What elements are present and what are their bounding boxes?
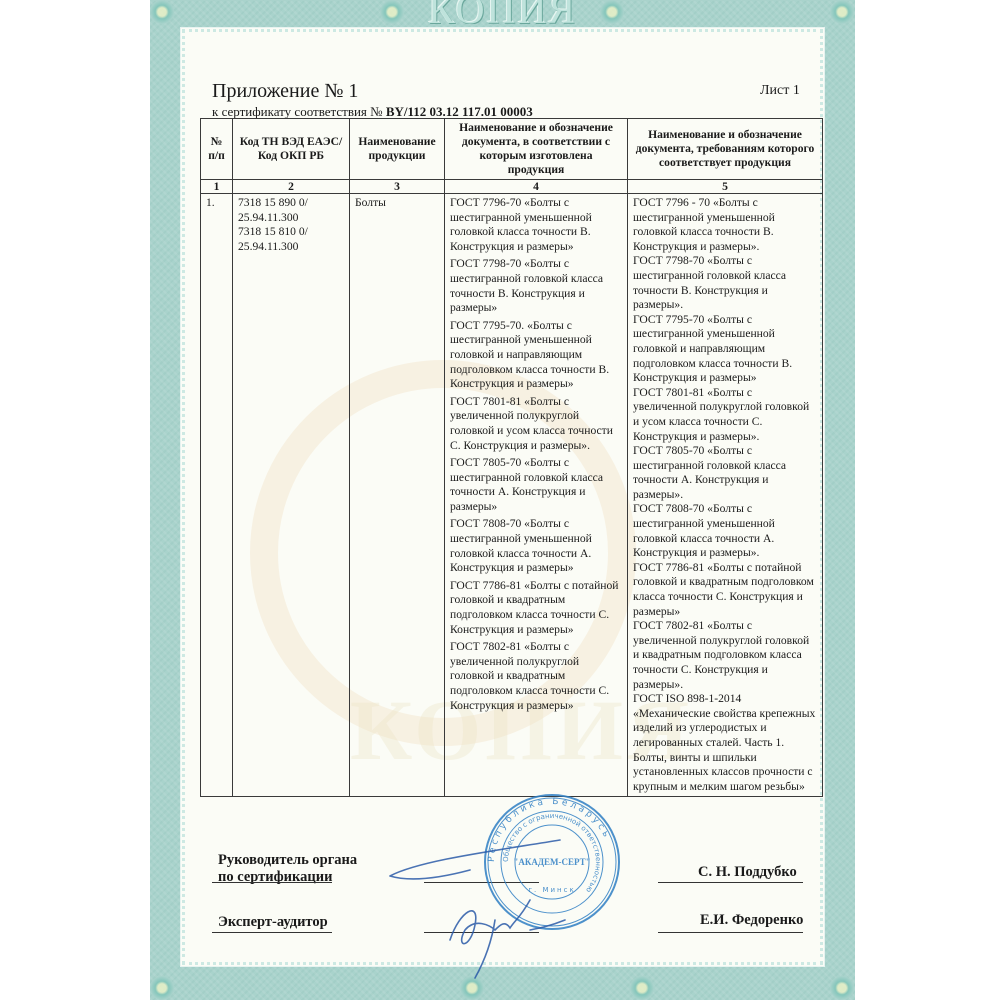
standard-entry: ГОСТ ISO 898-1-2014 «Механические свойст… (633, 692, 817, 794)
standard-entry: ГОСТ 7802-81 «Болты с увеличенной полукр… (633, 619, 817, 692)
rosette-ornament-icon (380, 0, 404, 24)
standard-entry: ГОСТ 7801-81 «Болты с увеличенной полукр… (450, 395, 622, 453)
sheet-number: Лист 1 (760, 83, 800, 99)
column-header: Наименование продукции (350, 119, 445, 180)
copy-banner-text: КОПИЯ (150, 0, 855, 24)
auditor-name: Е.И. Федоренко (700, 912, 803, 929)
column-number: 3 (350, 180, 445, 194)
rosette-ornament-icon (830, 976, 854, 1000)
head-label-line2: по сертификации (218, 869, 357, 886)
product-code: 25.94.11.300 (238, 240, 344, 255)
column-header: Наименование и обозначение документа, тр… (628, 119, 823, 180)
standard-entry: ГОСТ 7786-81 «Болты с потайной головкой … (633, 561, 817, 619)
auditor-label-underline (212, 932, 332, 933)
head-of-body-name: С. Н. Поддубко (698, 864, 797, 881)
head-label-line1: Руководитель органа (218, 852, 357, 869)
handwritten-signature-icon (380, 830, 610, 980)
standard-entry: ГОСТ 7802-81 «Болты с увеличенной полукр… (450, 640, 622, 713)
head-label-underline (212, 882, 332, 883)
standard-entry: ГОСТ 7801-81 «Болты с увеличенной полукр… (633, 386, 817, 444)
column-number: 2 (233, 180, 350, 194)
rosette-ornament-icon (150, 0, 174, 24)
standard-entry: ГОСТ 7798-70 «Болты с шестигранной голов… (450, 257, 622, 315)
rosette-ornament-icon (600, 0, 624, 24)
certificate-prefix: к сертификату соответствия № (212, 104, 383, 119)
product-name: Болты (350, 194, 445, 797)
column-header: № п/п (201, 119, 233, 180)
column-number: 4 (445, 180, 628, 194)
table-header-row: № п/п Код ТН ВЭД ЕАЭС/ Код ОКП РБ Наимен… (201, 119, 823, 180)
manufacture-docs: ГОСТ 7796-70 «Болты с шестигранной умень… (445, 194, 628, 797)
column-header: Наименование и обозначение документа, в … (445, 119, 628, 180)
column-header: Код ТН ВЭД ЕАЭС/ Код ОКП РБ (233, 119, 350, 180)
auditor-label: Эксперт-аудитор (218, 914, 328, 931)
standard-entry: ГОСТ 7796-70 «Болты с шестигранной умень… (450, 196, 622, 254)
standard-entry: ГОСТ 7798-70 «Болты с шестигранной голов… (633, 254, 817, 312)
product-code: 7318 15 810 0/ (238, 225, 344, 240)
standard-entry: ГОСТ 7805-70 «Болты с шестигранной голов… (633, 444, 817, 502)
rosette-ornament-icon (830, 0, 854, 24)
product-code: 25.94.11.300 (238, 211, 344, 226)
column-number: 1 (201, 180, 233, 194)
product-code: 7318 15 890 0/ (238, 196, 344, 211)
auditor-name-line (658, 932, 803, 933)
table-row: 1. 7318 15 890 0/ 25.94.11.300 7318 15 8… (201, 194, 823, 797)
column-number: 5 (628, 180, 823, 194)
rosette-ornament-icon (630, 976, 654, 1000)
standard-entry: ГОСТ 7795-70 «Болты с шестигранной умень… (633, 313, 817, 386)
standard-entry: ГОСТ 7796 - 70 «Болты с шестигранной уме… (633, 196, 817, 254)
standard-entry: ГОСТ 7808-70 «Болты с шестигранной умень… (633, 502, 817, 560)
certificate-number: BY/112 03.12 117.01 00003 (386, 104, 533, 119)
row-number: 1. (201, 194, 233, 797)
requirement-docs: ГОСТ 7796 - 70 «Болты с шестигранной уме… (628, 194, 823, 797)
head-of-body-label: Руководитель органа по сертификации (218, 852, 357, 886)
standard-entry: ГОСТ 7786-81 «Болты с потайной головкой … (450, 579, 622, 637)
rosette-ornament-icon (150, 976, 174, 1000)
products-table: № п/п Код ТН ВЭД ЕАЭС/ Код ОКП РБ Наимен… (200, 118, 823, 797)
copy-banner: КОПИЯ (150, 0, 855, 24)
standard-entry: ГОСТ 7805-70 «Болты с шестигранной голов… (450, 456, 622, 514)
standard-entry: ГОСТ 7795-70. «Болты с шестигранной умен… (450, 319, 622, 392)
product-codes: 7318 15 890 0/ 25.94.11.300 7318 15 810 … (233, 194, 350, 797)
appendix-title: Приложение № 1 (212, 80, 358, 103)
standard-entry: ГОСТ 7808-70 «Болты с шестигранной умень… (450, 517, 622, 575)
column-number-row: 1 2 3 4 5 (201, 180, 823, 194)
head-name-line (658, 882, 803, 883)
